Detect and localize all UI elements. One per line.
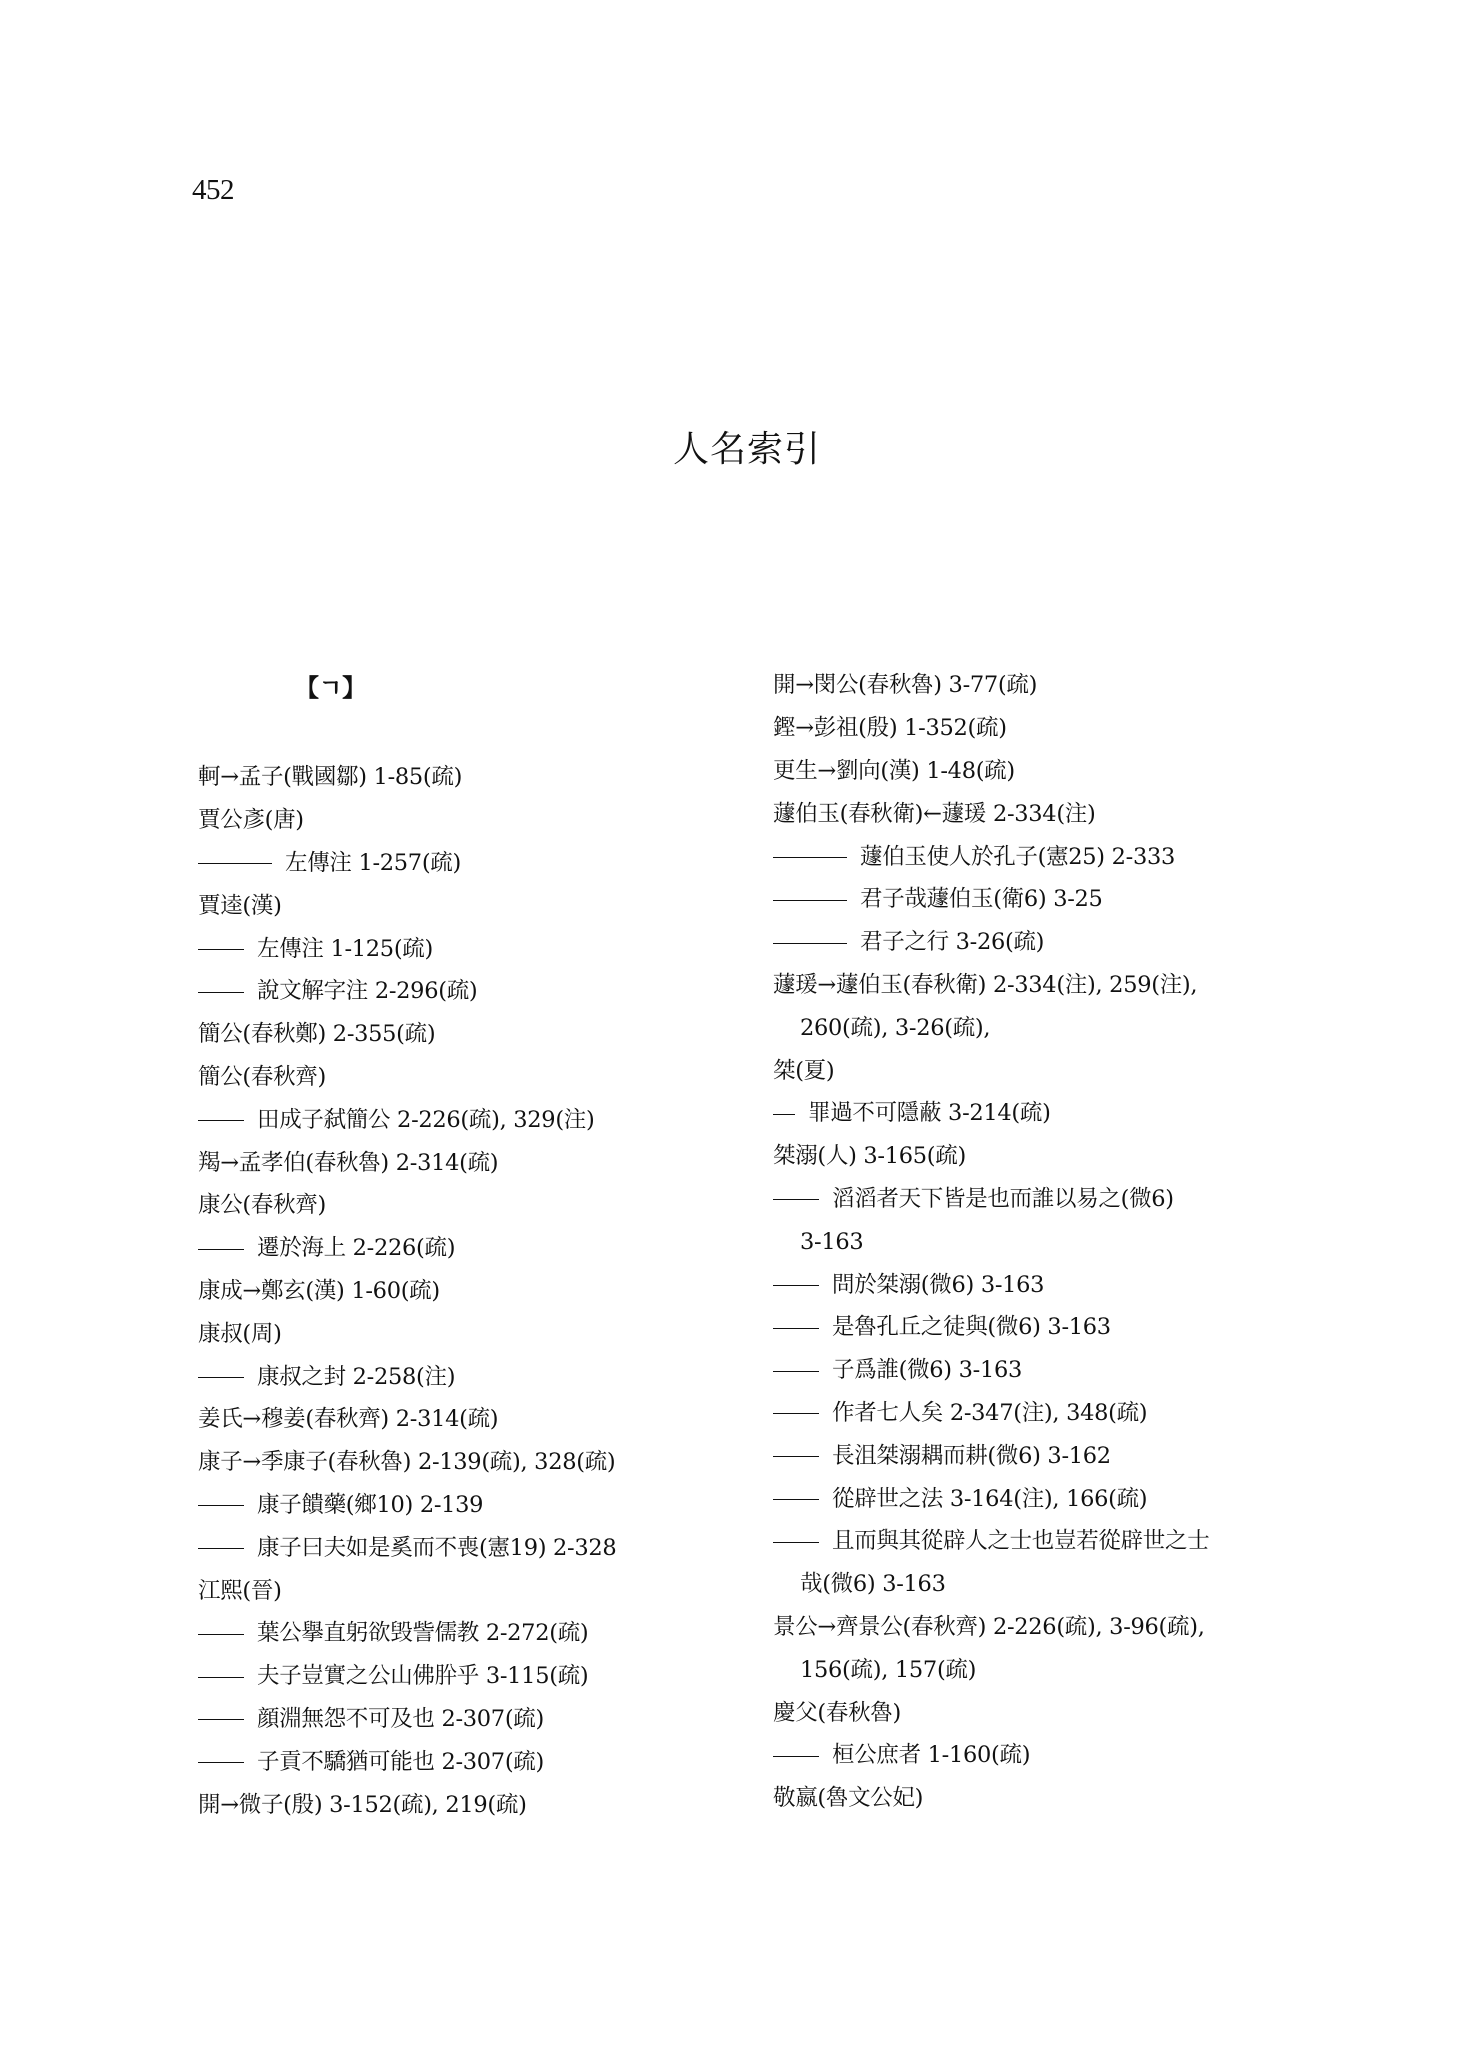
repeat-dash [198, 1249, 244, 1250]
repeat-dash [198, 1120, 244, 1121]
repeat-dash [773, 1114, 795, 1115]
page-number: 452 [192, 174, 234, 206]
repeat-dash [198, 1377, 244, 1378]
entry-text: 從辟世之法 3-164(注), 166(疏) [832, 1478, 1147, 1520]
repeat-dash [773, 1371, 819, 1372]
entry-text: 桓公庶者 1-160(疏) [832, 1734, 1030, 1776]
entry-text: 說文解字注 2-296(疏) [257, 970, 477, 1012]
index-subentry: 作者七人矣 2-347(注), 348(疏) [773, 1392, 1313, 1435]
entry-text: 康公(春秋齊) [198, 1184, 326, 1226]
repeat-dash [198, 1505, 244, 1506]
index-entry: 康成→鄭玄(漢) 1-60(疏) [198, 1270, 738, 1313]
repeat-dash [773, 943, 847, 944]
entry-text: 康子饋藥(鄉10) 2-139 [257, 1484, 483, 1526]
index-entry: 桀(夏) [773, 1049, 1313, 1092]
repeat-dash [773, 857, 847, 858]
repeat-dash [773, 1456, 819, 1457]
entry-text: 江熙(晉) [198, 1570, 282, 1612]
index-subentry: 君子之行 3-26(疏) [773, 921, 1313, 964]
index-subentry: 說文解字注 2-296(疏) [198, 970, 738, 1013]
repeat-dash [198, 949, 244, 950]
index-entry: 簡公(春秋齊) [198, 1056, 738, 1099]
index-entry: 康公(春秋齊) [198, 1184, 738, 1227]
index-entry: 賈公彥(唐) [198, 799, 738, 842]
index-subentry: 左傳注 1-125(疏) [198, 927, 738, 970]
entry-text: 左傳注 1-125(疏) [257, 928, 433, 970]
index-subentry: 葉公擧直躬欲毁訾儒教 2-272(疏) [198, 1612, 738, 1655]
repeat-dash [198, 1719, 244, 1720]
index-subentry: 康叔之封 2-258(注) [198, 1355, 738, 1398]
page-title: 人名索引 [0, 428, 1480, 472]
entry-text: 哉(微6) 3-163 [800, 1563, 946, 1605]
entry-text: 康成→鄭玄(漢) 1-60(疏) [198, 1270, 440, 1312]
index-subentry: 子貢不驕猶可能也 2-307(疏) [198, 1740, 738, 1783]
entry-text: 長沮桀溺耦而耕(微6) 3-162 [832, 1435, 1111, 1477]
index-entry: 康叔(周) [198, 1312, 738, 1355]
entry-text: 罪過不可隱蔽 3-214(疏) [808, 1092, 1051, 1134]
index-subentry: 是魯孔丘之徒與(微6) 3-163 [773, 1306, 1313, 1349]
repeat-dash [198, 1634, 244, 1635]
index-entry: 簡公(春秋鄭) 2-355(疏) [198, 1013, 738, 1056]
index-subentry: 罪過不可隱蔽 3-214(疏) [773, 1092, 1313, 1135]
index-entry: 賈逵(漢) [198, 884, 738, 927]
index-subentry: 夫子豈實之公山佛肸乎 3-115(疏) [198, 1655, 738, 1698]
index-entry: 更生→劉向(漢) 1-48(疏) [773, 750, 1313, 793]
entry-text: 蘧伯玉(春秋衛)←蘧瑗 2-334(注) [773, 793, 1095, 835]
entry-text: 左傳注 1-257(疏) [285, 842, 461, 884]
index-entry: 景公→齊景公(春秋齊) 2-226(疏), 3-96(疏), [773, 1606, 1313, 1649]
entry-text: 簡公(春秋齊) [198, 1056, 326, 1098]
entry-text: 滔滔者天下皆是也而誰以易之(微6) [832, 1178, 1174, 1220]
repeat-dash [198, 863, 272, 864]
index-entry-continuation: 156(疏), 157(疏) [773, 1648, 1313, 1691]
index-subentry: 顔淵無怨不可及也 2-307(疏) [198, 1698, 738, 1741]
entry-text: 蘧瑗→蘧伯玉(春秋衛) 2-334(注), 259(注), [773, 964, 1197, 1006]
index-entry: 羯→孟孝伯(春秋魯) 2-314(疏) [198, 1141, 738, 1184]
entry-text: 156(疏), 157(疏) [800, 1649, 976, 1691]
index-subentry: 遷於海上 2-226(疏) [198, 1227, 738, 1270]
index-subentry: 長沮桀溺耦而耕(微6) 3-162 [773, 1434, 1313, 1477]
index-entry: 慶父(春秋魯) [773, 1691, 1313, 1734]
entry-text: 鏗→彭祖(殷) 1-352(疏) [773, 707, 1007, 749]
entry-text: 簡公(春秋鄭) 2-355(疏) [198, 1013, 435, 1055]
entry-text: 敬嬴(魯文公妃) [773, 1777, 923, 1819]
entry-text: 君子之行 3-26(疏) [860, 921, 1044, 963]
entry-text: 260(疏), 3-26(疏), [800, 1007, 990, 1049]
repeat-dash [773, 1499, 819, 1500]
entry-text: 康子→季康子(春秋魯) 2-139(疏), 328(疏) [198, 1441, 615, 1483]
entry-text: 更生→劉向(漢) 1-48(疏) [773, 750, 1015, 792]
index-entry: 蘧伯玉(春秋衛)←蘧瑗 2-334(注) [773, 792, 1313, 835]
entry-text: 子爲誰(微6) 3-163 [832, 1349, 1022, 1391]
index-entry: 蘧瑗→蘧伯玉(春秋衛) 2-334(注), 259(注), [773, 964, 1313, 1007]
entry-text: 蘧伯玉使人於孔子(憲25) 2-333 [860, 836, 1175, 878]
entry-text: 作者七人矣 2-347(注), 348(疏) [832, 1392, 1147, 1434]
index-entry-continuation: 3-163 [773, 1220, 1313, 1263]
index-entry: 敬嬴(魯文公妃) [773, 1777, 1313, 1820]
entry-text: 是魯孔丘之徒與(微6) 3-163 [832, 1306, 1111, 1348]
index-entry: 江熙(晉) [198, 1569, 738, 1612]
index-entry: 姜氏→穆姜(春秋齊) 2-314(疏) [198, 1398, 738, 1441]
index-subentry: 康子饋藥(鄉10) 2-139 [198, 1484, 738, 1527]
index-entry-list: 開→閔公(春秋魯) 3-77(疏)鏗→彭祖(殷) 1-352(疏)更生→劉向(漢… [773, 664, 1313, 1820]
index-subentry: 君子哉蘧伯玉(衛6) 3-25 [773, 878, 1313, 921]
entry-text: 3-163 [800, 1221, 863, 1263]
index-subentry: 左傳注 1-257(疏) [198, 842, 738, 885]
entry-text: 景公→齊景公(春秋齊) 2-226(疏), 3-96(疏), [773, 1606, 1205, 1648]
index-entry: 軻→孟子(戰國鄒) 1-85(疏) [198, 756, 738, 799]
entry-text: 軻→孟子(戰國鄒) 1-85(疏) [198, 756, 462, 798]
index-entry: 康子→季康子(春秋魯) 2-139(疏), 328(疏) [198, 1441, 738, 1484]
repeat-dash [773, 1285, 819, 1286]
index-subentry: 桓公庶者 1-160(疏) [773, 1734, 1313, 1777]
repeat-dash [773, 1542, 819, 1543]
entry-text: 葉公擧直躬欲毁訾儒教 2-272(疏) [257, 1612, 588, 1654]
index-entry: 開→閔公(春秋魯) 3-77(疏) [773, 664, 1313, 707]
entry-text: 桀(夏) [773, 1050, 834, 1092]
entry-text: 夫子豈實之公山佛肸乎 3-115(疏) [257, 1655, 588, 1697]
index-subentry: 康子曰夫如是奚而不喪(憲19) 2-328 [198, 1526, 738, 1569]
repeat-dash [198, 1548, 244, 1549]
entry-text: 康叔(周) [198, 1313, 282, 1355]
entry-text: 賈逵(漢) [198, 885, 282, 927]
index-subentry: 田成子弑簡公 2-226(疏), 329(注) [198, 1098, 738, 1141]
entry-text: 桀溺(人) 3-165(疏) [773, 1135, 966, 1177]
index-subentry: 滔滔者天下皆是也而誰以易之(微6) [773, 1178, 1313, 1221]
repeat-dash [773, 900, 847, 901]
repeat-dash [773, 1756, 819, 1757]
entry-text: 遷於海上 2-226(疏) [257, 1227, 455, 1269]
index-subentry: 問於桀溺(微6) 3-163 [773, 1263, 1313, 1306]
entry-text: 顔淵無怨不可及也 2-307(疏) [257, 1698, 544, 1740]
entry-text: 羯→孟孝伯(春秋魯) 2-314(疏) [198, 1142, 498, 1184]
repeat-dash [773, 1199, 819, 1200]
repeat-dash [773, 1413, 819, 1414]
index-entry: 鏗→彭祖(殷) 1-352(疏) [773, 707, 1313, 750]
entry-text: 開→微子(殷) 3-152(疏), 219(疏) [198, 1784, 527, 1826]
index-entry-continuation: 260(疏), 3-26(疏), [773, 1006, 1313, 1049]
entry-text: 君子哉蘧伯玉(衛6) 3-25 [860, 878, 1103, 920]
entry-text: 田成子弑簡公 2-226(疏), 329(注) [257, 1099, 594, 1141]
index-entry-continuation: 哉(微6) 3-163 [773, 1563, 1313, 1606]
repeat-dash [198, 1762, 244, 1763]
entry-text: 康叔之封 2-258(注) [257, 1356, 455, 1398]
repeat-dash [773, 1328, 819, 1329]
entry-text: 開→閔公(春秋魯) 3-77(疏) [773, 664, 1037, 706]
index-entry-list: 軻→孟子(戰國鄒) 1-85(疏)賈公彥(唐)左傳注 1-257(疏)賈逵(漢)… [198, 756, 738, 1826]
index-entry: 桀溺(人) 3-165(疏) [773, 1135, 1313, 1178]
index-subentry: 且而與其從辟人之士也豈若從辟世之士 [773, 1520, 1313, 1563]
repeat-dash [198, 992, 244, 993]
entry-text: 問於桀溺(微6) 3-163 [832, 1264, 1044, 1306]
index-subentry: 蘧伯玉使人於孔子(憲25) 2-333 [773, 835, 1313, 878]
entry-text: 且而與其從辟人之士也豈若從辟世之士 [832, 1520, 1209, 1562]
index-subentry: 從辟世之法 3-164(注), 166(疏) [773, 1477, 1313, 1520]
entry-text: 姜氏→穆姜(春秋齊) 2-314(疏) [198, 1398, 498, 1440]
entry-text: 慶父(春秋魯) [773, 1692, 901, 1734]
section-heading: 【ㄱ】 [295, 672, 366, 704]
index-subentry: 子爲誰(微6) 3-163 [773, 1349, 1313, 1392]
entry-text: 子貢不驕猶可能也 2-307(疏) [257, 1741, 544, 1783]
entry-text: 康子曰夫如是奚而不喪(憲19) 2-328 [257, 1527, 616, 1569]
repeat-dash [198, 1677, 244, 1678]
entry-text: 賈公彥(唐) [198, 799, 304, 841]
index-entry: 開→微子(殷) 3-152(疏), 219(疏) [198, 1783, 738, 1826]
